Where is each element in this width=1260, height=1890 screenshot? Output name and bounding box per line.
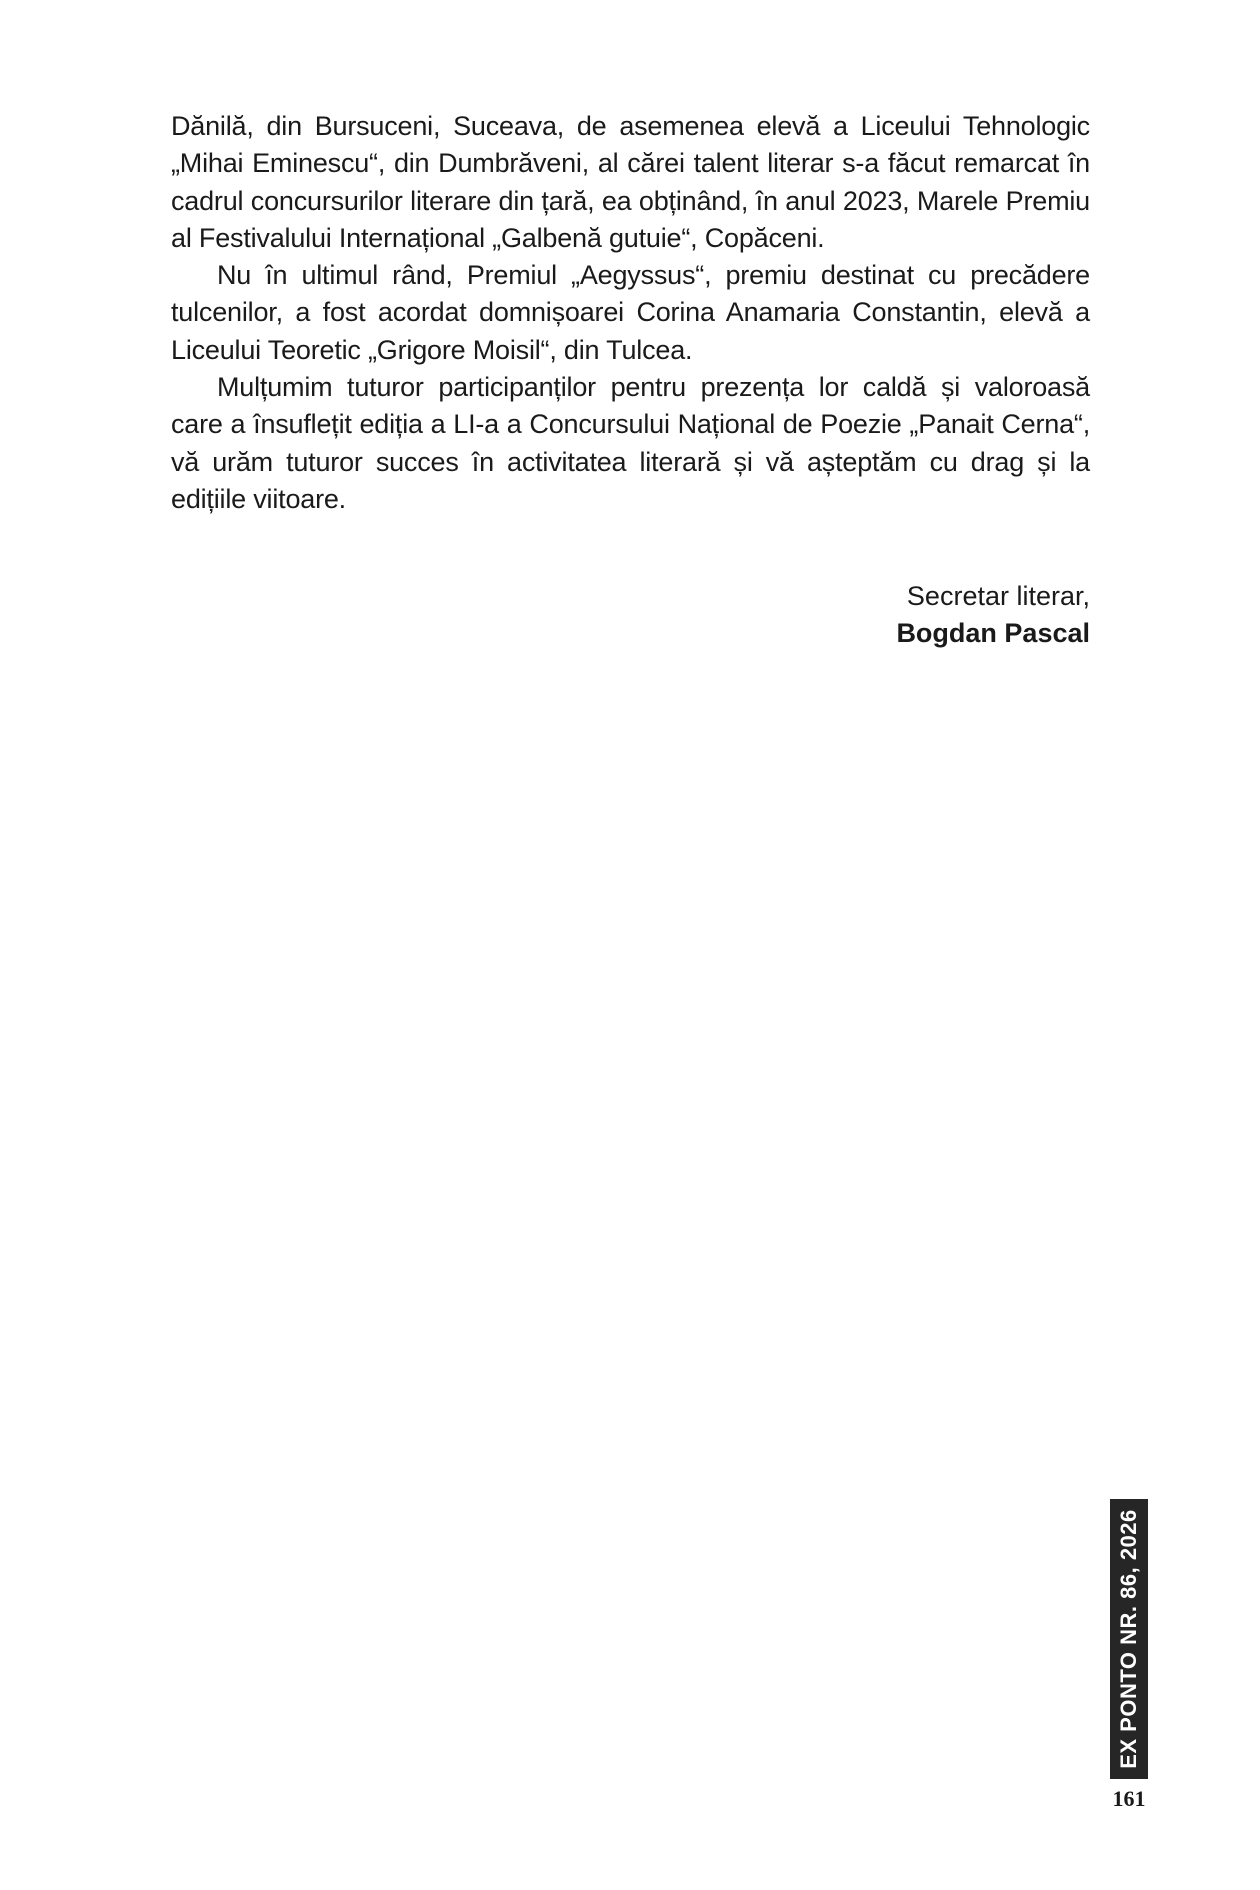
journal-issue-label: EX PONTO NR. 86, 2026 — [1116, 1509, 1142, 1769]
signature-role: Secretar literar, — [896, 578, 1090, 615]
paragraph-2: Nu în ultimul rând, Premiul „Aegyssus“, … — [171, 257, 1090, 369]
signature-name: Bogdan Pascal — [896, 615, 1090, 652]
signature-block: Secretar literar, Bogdan Pascal — [896, 578, 1090, 652]
document-page: Dănilă, din Bursuceni, Suceava, de aseme… — [0, 0, 1260, 1890]
paragraph-3: Mulțumim tuturor participanților pentru … — [171, 369, 1090, 518]
paragraph-1: Dănilă, din Bursuceni, Suceava, de aseme… — [171, 108, 1090, 257]
page-number: 161 — [1104, 1786, 1154, 1812]
journal-side-tab: EX PONTO NR. 86, 2026 — [1110, 1499, 1148, 1779]
body-text: Dănilă, din Bursuceni, Suceava, de aseme… — [171, 108, 1090, 518]
